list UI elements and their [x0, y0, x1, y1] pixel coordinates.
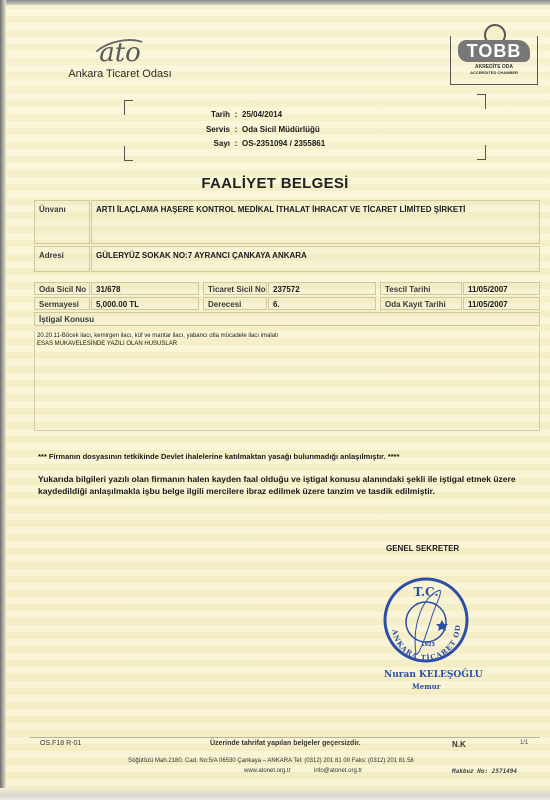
page-number: 1/1 [520, 740, 528, 746]
bracket-corner [124, 146, 133, 161]
bracket-corner [477, 94, 486, 109]
document-title: FAALİYET BELGESİ [0, 175, 550, 192]
adres-value: GÜLERYÜZ SOKAK NO:7 AYRANCI ÇANKAYA ANKA… [91, 246, 540, 272]
oda-kayit-tarihi-label: Oda Kayıt Tarihi [380, 297, 462, 310]
signatory-title: Memur [412, 682, 440, 691]
initials: N.K [452, 740, 466, 749]
scan-edge-left [0, 0, 6, 800]
ato-logo: ato Ankara Ticaret Odası [60, 38, 180, 80]
ticaret-sicil-value: 237572 [268, 282, 376, 295]
istigal-label: İştigal Konusu [34, 312, 540, 326]
signatory-name: Nuran KELEŞOĞLU [384, 670, 483, 680]
oda-sicil-label: Oda Sicil No [34, 282, 90, 295]
info-value: Oda Sicil Müdürlüğü [242, 125, 320, 140]
tobb-subtitle-en: ACCREDITED CHAMBER [452, 70, 536, 76]
ato-logo-mark: ato [99, 38, 141, 68]
tescil-tarihi-value: 11/05/2007 [463, 282, 540, 295]
unvan-value: ARTI İLAÇLAMA HAŞERE KONTROL MEDİKAL İTH… [91, 200, 540, 244]
info-value: OS-2351094 / 2355861 [242, 139, 325, 154]
tender-ban-note: *** Firmanın dosyasının tetkikinde Devle… [38, 452, 399, 461]
info-label: Servis [180, 125, 230, 140]
info-separator: : [230, 139, 242, 154]
scan-edge-bottom [0, 788, 550, 800]
istigal-line: 20.20.11-Böcek ilacı, kemirgen ilacı, kü… [37, 333, 537, 341]
ticaret-sicil-label: Ticaret Sicil No [203, 282, 267, 295]
footer-address: Söğütözü Mah.2180. Cad. No:5/A 06530 Çan… [128, 758, 414, 764]
tobb-accreditation-logo: TOBB AKREDİTE ODA ACCREDITED CHAMBER [450, 24, 538, 86]
info-separator: : [230, 110, 242, 125]
derece-label: Derecesi [203, 297, 267, 310]
info-value: 25/04/2014 [242, 110, 282, 125]
info-label: Sayı [180, 139, 230, 154]
derece-value: 6. [268, 297, 376, 310]
info-row-servis: Servis : Oda Sicil Müdürlüğü [180, 125, 325, 140]
tobb-mark: TOBB [458, 40, 530, 62]
sermaye-label: Sermayesi [34, 297, 90, 310]
official-stamp: T.C. 1923 ANKARA TİCARET ODASI [382, 576, 470, 664]
info-separator: : [230, 125, 242, 140]
info-label: Tarih [180, 110, 230, 125]
footer-divider [30, 737, 540, 738]
istigal-content: 20.20.11-Böcek ilacı, kemirgen ilacı, kü… [34, 331, 540, 431]
document-page: ato Ankara Ticaret Odası TOBB AKREDİTE O… [0, 0, 550, 800]
tamper-warning: Üzerinde tahrifat yapılan belgeler geçer… [210, 740, 361, 747]
scan-edge-top [0, 0, 550, 5]
oda-kayit-tarihi-value: 11/05/2007 [463, 297, 540, 310]
signatory-role: GENEL SEKRETER [386, 544, 459, 553]
sermaye-value: 5,000.00 TL [91, 297, 199, 310]
footer-email: info@atonet.org.tr [314, 768, 362, 774]
info-row-sayi: Sayı : OS-2351094 / 2355861 [180, 139, 325, 154]
unvan-label: Ünvanı [34, 200, 90, 244]
tescil-tarihi-label: Tescil Tarihi [380, 282, 462, 295]
bracket-corner [477, 145, 486, 160]
oda-sicil-value: 31/678 [91, 282, 199, 295]
receipt-number: Makbuz No: 2571494 [452, 768, 517, 775]
form-code: OS.F18 R-01 [40, 740, 81, 747]
adres-label: Adresi [34, 246, 90, 272]
bracket-corner [124, 100, 133, 115]
istigal-line: ESAS MUKAVELESİNDE YAZILI OLAN HUSUSLAR [37, 341, 537, 349]
document-info: Tarih : 25/04/2014 Servis : Oda Sicil Mü… [180, 110, 325, 154]
footer-website: www.atonet.org.tr [244, 768, 291, 774]
tobb-subtitle: AKREDİTE ODA ACCREDITED CHAMBER [452, 64, 536, 76]
certification-statement: Yukarıda bilgileri yazılı olan firmanın … [38, 474, 518, 497]
info-row-tarih: Tarih : 25/04/2014 [180, 110, 325, 125]
